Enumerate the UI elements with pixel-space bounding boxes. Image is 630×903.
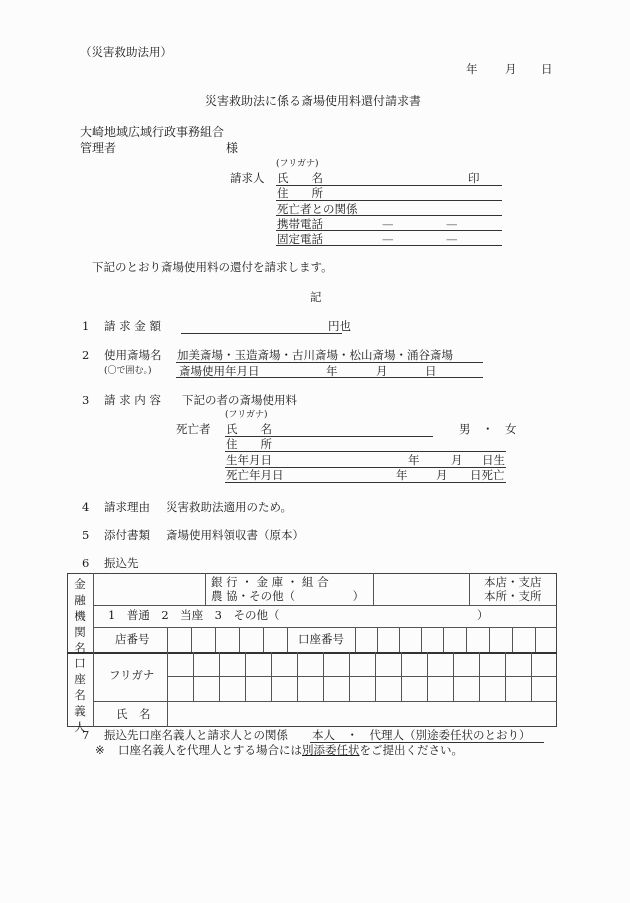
claimant-relation-label: 死亡者との関係 xyxy=(277,204,358,216)
date-month-label: 月 xyxy=(505,64,517,76)
table-divider xyxy=(535,627,536,652)
note-text-pre: 口座名義人を代理人とする場合には xyxy=(118,743,302,757)
table-divider xyxy=(93,605,557,606)
usage-date-day: 日 xyxy=(425,366,437,378)
recipient-org: 大崎地域広域行政事務組合 xyxy=(80,126,224,138)
landline-phone-field[interactable] xyxy=(276,245,502,246)
account-number-label: 口座番号 xyxy=(298,634,344,646)
table-divider xyxy=(167,676,557,677)
holder-name-label: 氏 名 xyxy=(116,709,151,721)
recipient-title: 管理者 xyxy=(80,142,116,154)
table-divider xyxy=(167,652,168,727)
table-divider xyxy=(399,627,400,652)
date-day-label: 日 xyxy=(541,64,553,76)
usage-date-month: 月 xyxy=(376,366,388,378)
holder-furigana-label: フリガナ xyxy=(109,670,154,682)
mobile-phone-separator: — xyxy=(382,219,394,231)
item-1-number: 1 xyxy=(82,321,89,333)
death-month: 月 xyxy=(436,470,448,482)
power-of-attorney-link: 別添委任状 xyxy=(302,743,360,757)
item-4-value: 災害救助法適用のため。 xyxy=(166,502,292,514)
table-divider xyxy=(239,627,240,652)
table-divider xyxy=(375,652,376,701)
death-date-label: 死亡年月日 xyxy=(226,470,284,482)
table-divider xyxy=(453,652,454,701)
death-suffix: 日死亡 xyxy=(470,470,505,482)
holder-header: 口座名義人 xyxy=(73,655,87,735)
item-3-number: 3 xyxy=(82,395,89,407)
landline-phone-label: 固定電話 xyxy=(277,234,323,246)
table-divider xyxy=(479,652,480,701)
claimant-relation-field[interactable] xyxy=(276,215,502,216)
table-divider xyxy=(215,627,216,652)
table-divider xyxy=(193,652,194,701)
note-mark: ※ xyxy=(95,745,105,757)
item-4-number: 4 xyxy=(82,502,89,514)
table-divider xyxy=(401,652,402,701)
claimant-name-label: 氏 名 xyxy=(277,173,323,185)
item-7-number: 7 xyxy=(82,730,89,742)
table-divider xyxy=(505,652,506,701)
deceased-name-label: 氏 名 xyxy=(226,424,272,436)
table-divider xyxy=(191,627,192,652)
claimant-address-field[interactable] xyxy=(276,200,502,201)
table-divider xyxy=(323,652,324,701)
item-2-number: 2 xyxy=(82,350,89,362)
institution-types-line1[interactable]: 銀 行 ・ 金 庫 ・ 組 合 xyxy=(211,577,329,589)
seal-mark: 印 xyxy=(468,173,480,185)
branch-types-line2[interactable]: 本所・支所 xyxy=(484,591,542,603)
claimant-furigana-label: (フリガナ) xyxy=(276,160,319,169)
item-1-label: 請 求 金 額 xyxy=(104,321,161,333)
table-divider xyxy=(167,627,168,652)
death-date-field[interactable] xyxy=(225,482,506,483)
ki-heading: 記 xyxy=(310,292,322,304)
birth-suffix: 日生 xyxy=(482,455,505,467)
item-5-number: 5 xyxy=(82,530,89,542)
table-divider xyxy=(219,652,220,701)
birth-month: 月 xyxy=(451,455,463,467)
table-divider xyxy=(297,652,298,701)
table-divider xyxy=(512,627,513,652)
branch-types-line1[interactable]: 本店・支店 xyxy=(484,577,542,589)
crematorium-options-underline xyxy=(176,362,483,363)
usage-date-label: 斎場使用年月日 xyxy=(179,366,260,378)
table-divider xyxy=(427,652,428,701)
landline-phone-separator: — xyxy=(446,234,458,246)
table-divider xyxy=(489,627,490,652)
usage-note: （災害救助法用） xyxy=(80,47,172,59)
death-year: 年 xyxy=(396,470,408,482)
relation-options[interactable]: 本人 ・ 代理人（別途委任状のとおり） xyxy=(312,730,531,742)
table-divider xyxy=(93,573,94,727)
item-5-label: 添付書類 xyxy=(104,530,150,542)
claimant-address-label: 住 所 xyxy=(277,188,323,200)
item-2-label: 使用斎場名 xyxy=(104,350,162,362)
deceased-label: 死亡者 xyxy=(176,424,211,436)
table-divider xyxy=(377,627,378,652)
deceased-address-label: 住 所 xyxy=(226,439,272,451)
table-divider xyxy=(469,573,470,605)
deceased-furigana-label: (フリガナ) xyxy=(225,411,268,420)
institution-types-line2[interactable]: 農 協・その他（ ） xyxy=(211,591,364,603)
mobile-phone-field[interactable] xyxy=(276,230,502,231)
item-6-number: 6 xyxy=(82,558,89,570)
sex-options[interactable]: 男 ・ 女 xyxy=(459,424,517,436)
mobile-phone-separator: — xyxy=(446,219,458,231)
usage-date-field[interactable] xyxy=(176,377,483,378)
item-4-label: 請求理由 xyxy=(104,502,150,514)
item-3-desc: 下記の者の斎場使用料 xyxy=(182,395,297,407)
item-3-label: 請 求 内 容 xyxy=(104,395,161,407)
date-year-label: 年 xyxy=(466,64,478,76)
account-types-close: ） xyxy=(477,610,489,622)
table-divider xyxy=(355,627,356,652)
mobile-phone-label: 携帯電話 xyxy=(277,219,323,231)
birth-year: 年 xyxy=(408,455,420,467)
table-divider xyxy=(93,701,557,702)
table-divider xyxy=(93,627,557,628)
table-divider xyxy=(67,652,557,654)
table-divider xyxy=(443,627,444,652)
table-divider xyxy=(466,627,467,652)
table-divider xyxy=(245,652,246,701)
item-7-label: 振込先口座名義人と請求人との関係 xyxy=(104,730,288,742)
table-divider xyxy=(373,573,374,605)
table-divider xyxy=(287,627,288,652)
birth-date-label: 生年月日 xyxy=(226,455,272,467)
usage-date-year: 年 xyxy=(326,366,338,378)
account-types[interactable]: 1 普通 2 当座 3 その他（ xyxy=(108,610,279,622)
table-divider xyxy=(349,652,350,701)
landline-phone-separator: — xyxy=(382,234,394,246)
table-divider xyxy=(271,652,272,701)
item-5-value: 斎場使用料領収書（原本） xyxy=(166,530,304,542)
institution-header: 金融機関名 xyxy=(73,576,87,656)
note-text: 口座名義人を代理人とする場合には別添委任状をご提出ください。 xyxy=(118,745,463,757)
document-title: 災害救助法に係る斎場使用料還付請求書 xyxy=(205,95,421,107)
deceased-address-field[interactable] xyxy=(225,451,506,452)
table-divider xyxy=(263,627,264,652)
claim-amount-field[interactable] xyxy=(181,333,342,334)
crematorium-options[interactable]: 加美斎場・玉造斎場・古川斎場・松山斎場・涌谷斎場 xyxy=(177,350,453,362)
table-divider xyxy=(205,573,206,605)
intro-text: 下記のとおり斎場使用料の還付を請求します。 xyxy=(92,262,333,274)
recipient-honorific: 様 xyxy=(226,142,238,154)
claimant-label: 請求人 xyxy=(230,173,265,185)
table-divider xyxy=(421,627,422,652)
note-text-post: をご提出ください。 xyxy=(360,743,464,757)
branch-number-label: 店番号 xyxy=(115,634,150,646)
item-2-note: (〇で囲む。) xyxy=(104,367,152,376)
item-6-label: 振込先 xyxy=(104,558,139,570)
yen-suffix: 円也 xyxy=(328,321,351,333)
table-divider xyxy=(531,652,532,701)
